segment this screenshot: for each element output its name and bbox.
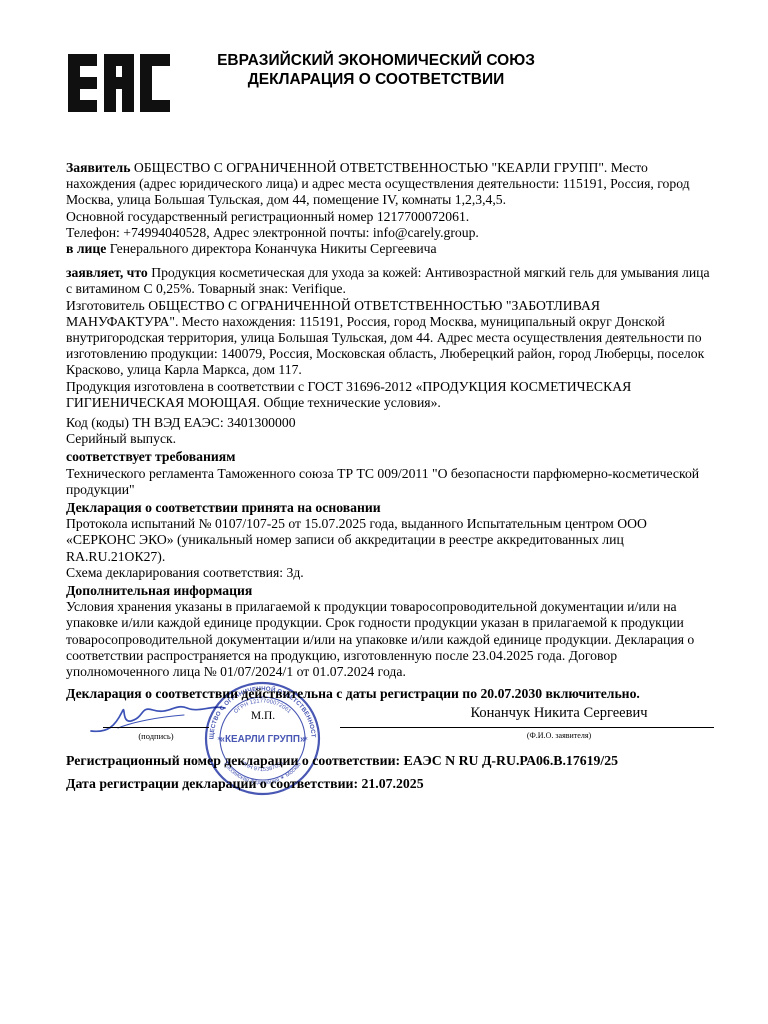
manufacturer-paragraph: Изготовитель ОБЩЕСТВО С ОГРАНИЧЕННОЙ ОТВ…	[66, 298, 710, 379]
full-name-caption: (Ф.И.О. заявителя)	[403, 731, 715, 740]
document-body: Заявитель ОБЩЕСТВО С ОГРАНИЧЕННОЙ ОТВЕТС…	[66, 160, 710, 703]
basis-heading: Декларация о соответствии принята на осн…	[66, 500, 710, 516]
ogrn-line: Основной государственный регистрационный…	[66, 209, 710, 225]
basis-text: Протокола испытаний № 0107/107-25 от 15.…	[66, 516, 710, 565]
applicant-label: Заявитель	[66, 160, 130, 175]
full-name-line	[340, 727, 714, 728]
scheme-line: Схема декларирования соответствия: 3д.	[66, 565, 710, 581]
document-header: ЕВРАЗИЙСКИЙ ЭКОНОМИЧЕСКИЙ СОЮЗ ДЕКЛАРАЦИ…	[0, 52, 752, 89]
stamp-company-name: «КЕАРЛИ ГРУПП»	[220, 734, 306, 745]
registration-date-line: Дата регистрации декларации о соответств…	[66, 776, 424, 792]
declaration-of-conformity-page: ЕВРАЗИЙСКИЙ ЭКОНОМИЧЕСКИЙ СОЮЗ ДЕКЛАРАЦИ…	[0, 0, 768, 1024]
svg-text:ОГРН 1217700072061: ОГРН 1217700072061	[233, 698, 292, 714]
stamp-star-left-icon: ✶	[217, 735, 223, 743]
stamp-company-form-text: ОБЩЕСТВО С ОГРАНИЧЕННОЙ ОТВЕТСТВЕННОСТЬЮ	[202, 680, 317, 739]
gost-line: Продукция изготовлена в соответствии с Г…	[66, 379, 710, 411]
complies-text: Технического регламента Таможенного союз…	[66, 466, 710, 498]
declares-label: заявляет, что	[66, 265, 148, 280]
tnved-code-line: Код (коды) ТН ВЭД ЕАЭС: 3401300000	[66, 415, 710, 431]
additional-info-text: Условия хранения указаны в прилагаемой к…	[66, 599, 710, 680]
union-title: ЕВРАЗИЙСКИЙ ЭКОНОМИЧЕСКИЙ СОЮЗ	[0, 52, 752, 71]
applicant-paragraph: Заявитель ОБЩЕСТВО С ОГРАНИЧЕННОЙ ОТВЕТС…	[66, 160, 710, 209]
stamp-ogrn-text: ОГРН 1217700072061	[233, 698, 292, 714]
document-title: ДЕКЛАРАЦИЯ О СООТВЕТСТВИИ	[0, 71, 752, 90]
in-person-label: в лице	[66, 241, 106, 256]
applicant-text: ОБЩЕСТВО С ОГРАНИЧЕННОЙ ОТВЕТСТВЕННОСТЬЮ…	[66, 160, 690, 207]
stamp-star-right-icon: ✶	[303, 735, 309, 743]
svg-text:ОБЩЕСТВО С ОГРАНИЧЕННОЙ ОТВЕТС: ОБЩЕСТВО С ОГРАНИЧЕННОЙ ОТВЕТСТВЕННОСТЬЮ	[202, 680, 317, 739]
additional-info-heading: Дополнительная информация	[66, 583, 710, 599]
contact-line: Телефон: +74994040528, Адрес электронной…	[66, 225, 710, 241]
complies-heading: соответствует требованиям	[66, 449, 710, 465]
serial-release-line: Серийный выпуск.	[66, 431, 710, 447]
in-person-text: Генерального директора Конанчука Никиты …	[106, 241, 436, 256]
in-person-line: в лице Генерального директора Конанчука …	[66, 241, 710, 257]
declares-paragraph: заявляет, что Продукция косметическая дл…	[66, 265, 710, 297]
declares-text: Продукция косметическая для ухода за кож…	[66, 265, 710, 296]
applicant-full-name: Конанчук Никита Сергеевич	[403, 705, 715, 722]
registration-number-line: Регистрационный номер декларации о соотв…	[66, 753, 618, 769]
